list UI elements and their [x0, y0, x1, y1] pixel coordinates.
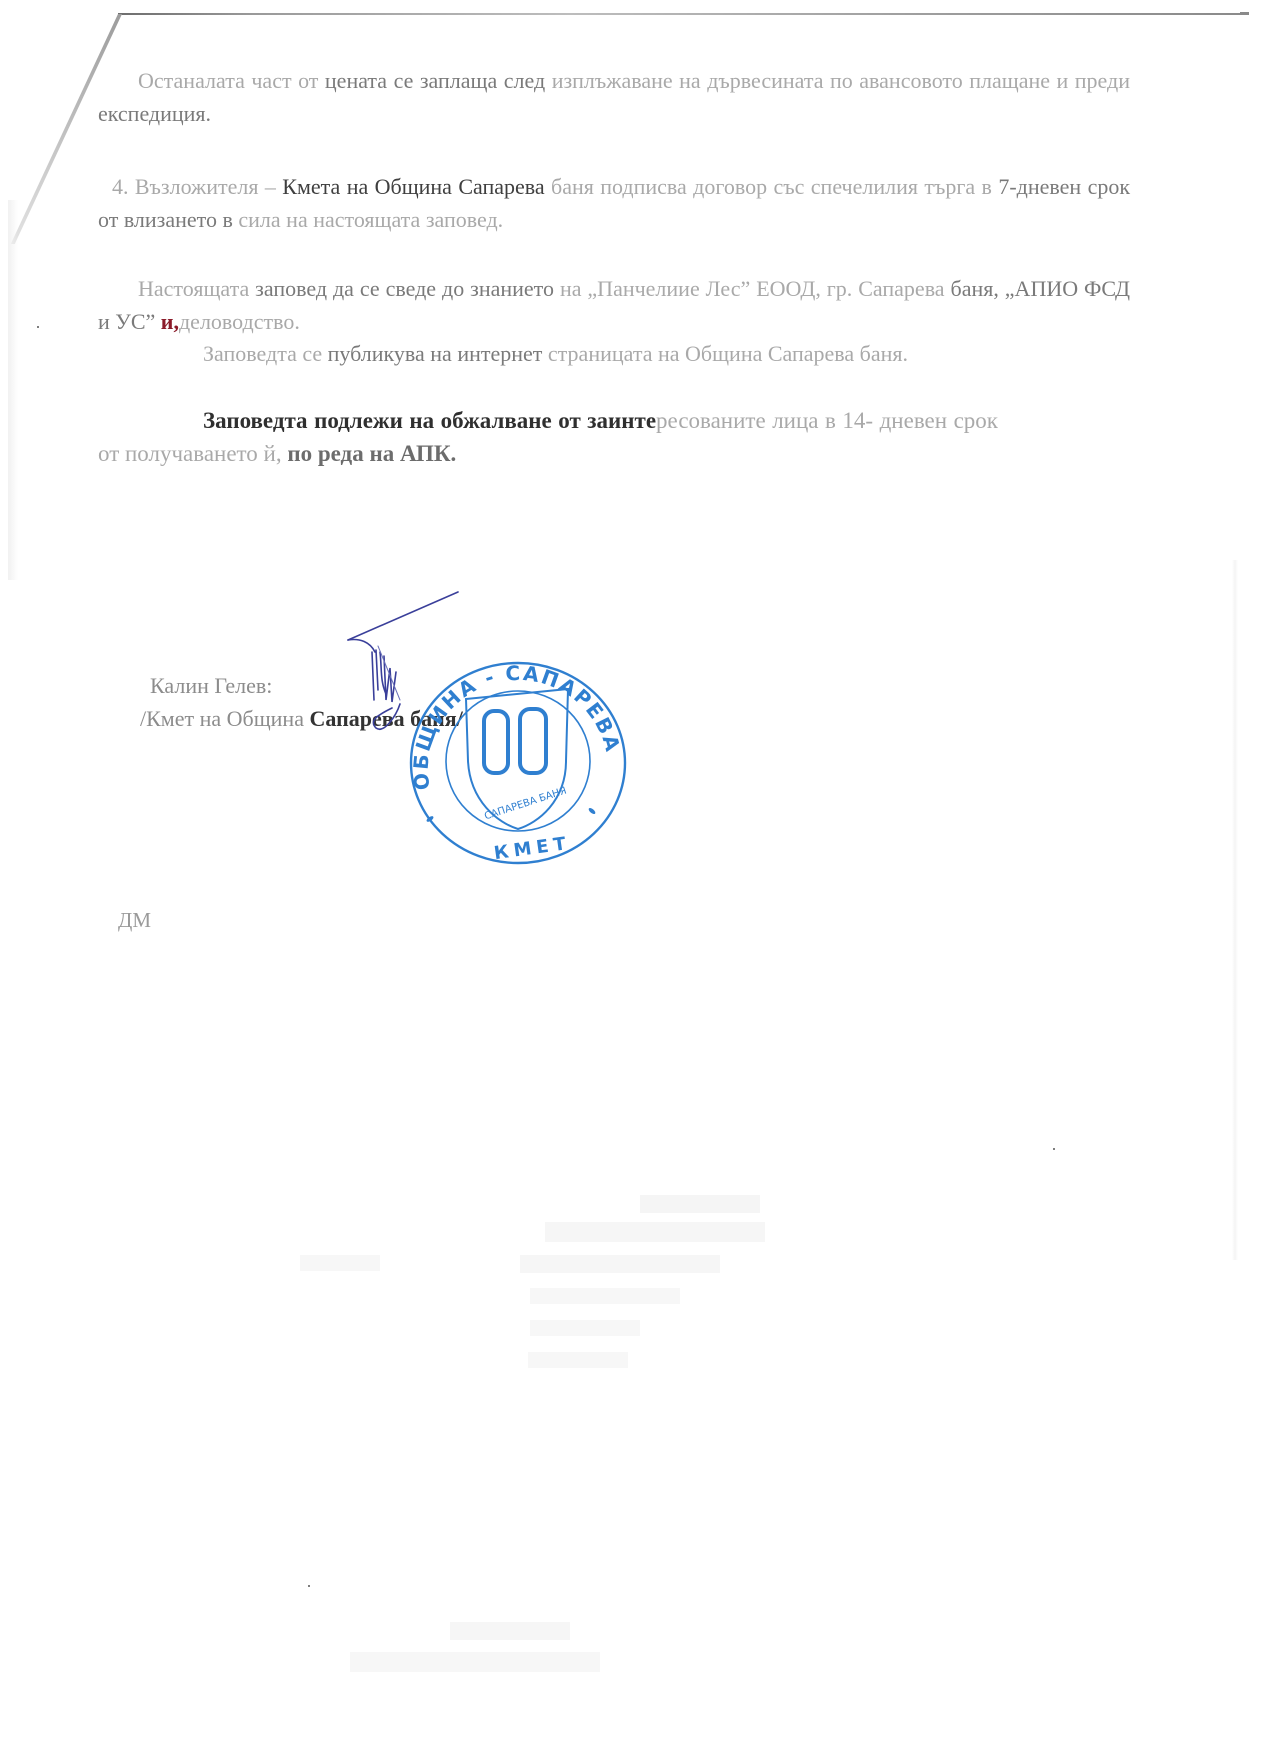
scan-edge-mark [1240, 12, 1249, 15]
scan-speck [1053, 1148, 1055, 1150]
text-segment: деловодство. [179, 309, 300, 334]
text-segment: заповед да се сведе до знанието [255, 276, 560, 301]
text-segment: Заповедта подлежи на обжалване от заинте [203, 408, 656, 433]
stamp-inner-text: САПАРЕВА БАНЯ [483, 785, 568, 822]
paragraph-notification: Настоящата заповед да се сведе до знание… [98, 272, 1130, 338]
text-segment: по реда на АПК. [287, 441, 456, 466]
scan-edge-top [118, 13, 1248, 15]
text-segment: експедиция. [98, 101, 211, 126]
scan-speck [37, 326, 39, 328]
text-segment: на „Панчелиие Лес” ЕООД, [560, 276, 821, 301]
text-segment: 4. Възложителя – [112, 174, 282, 199]
text-segment: гр. Сапарева [821, 276, 951, 301]
text-segment: сила на настоящата заповед. [238, 207, 503, 232]
scanned-document-page: Останалата част от цената се заплаща сле… [0, 0, 1275, 1755]
text-segment: Останалата част от [138, 68, 325, 93]
paragraph-remaining-payment: Останалата част от цената се заплаща сле… [98, 64, 1130, 130]
text-segment: цената се заплаща след [325, 68, 552, 93]
signatory-name: Калин Гелев: [150, 673, 272, 699]
text-segment: публикува на интернет [328, 341, 548, 366]
text-segment: Настоящата [138, 276, 255, 301]
text-segment: изплъжаване на дървесината по [552, 68, 853, 93]
text-segment: Заповедта се [203, 341, 328, 366]
scan-speck [308, 1585, 310, 1587]
text-segment: ресованите лица в 14- [656, 408, 873, 433]
scan-shadow-left [8, 200, 18, 580]
text-segment: страницата на Община [548, 341, 762, 366]
text-segment: Сапарева баня. [762, 341, 908, 366]
stamp-text-bottom: КМЕТ [493, 833, 572, 865]
text-segment: Кмета на Община Сапарева [282, 174, 551, 199]
municipal-stamp-icon: ОБЩИНА - САПАРЕВА БАНЯ КМЕТ САПАРЕВА БАН… [388, 651, 648, 866]
text-segment: авансовото плащане и преди [853, 68, 1130, 93]
scan-shadow-right [1232, 560, 1238, 1260]
text-segment: и [161, 309, 174, 334]
paragraph-publication: Заповедта се публикува на интернет стран… [98, 337, 1130, 370]
signatory-title-prefix: /Кмет на Община [140, 706, 309, 731]
text-segment: баня подписва договор със [551, 174, 804, 199]
author-initials: ДМ [118, 908, 151, 933]
text-segment: спечелилия търга в [804, 174, 998, 199]
paragraph-item-4-contract: 4. Възложителя – Кмета на Община Сапарев… [98, 170, 1130, 236]
paragraph-appeal: Заповедта подлежи на обжалване от заинте… [98, 404, 998, 470]
